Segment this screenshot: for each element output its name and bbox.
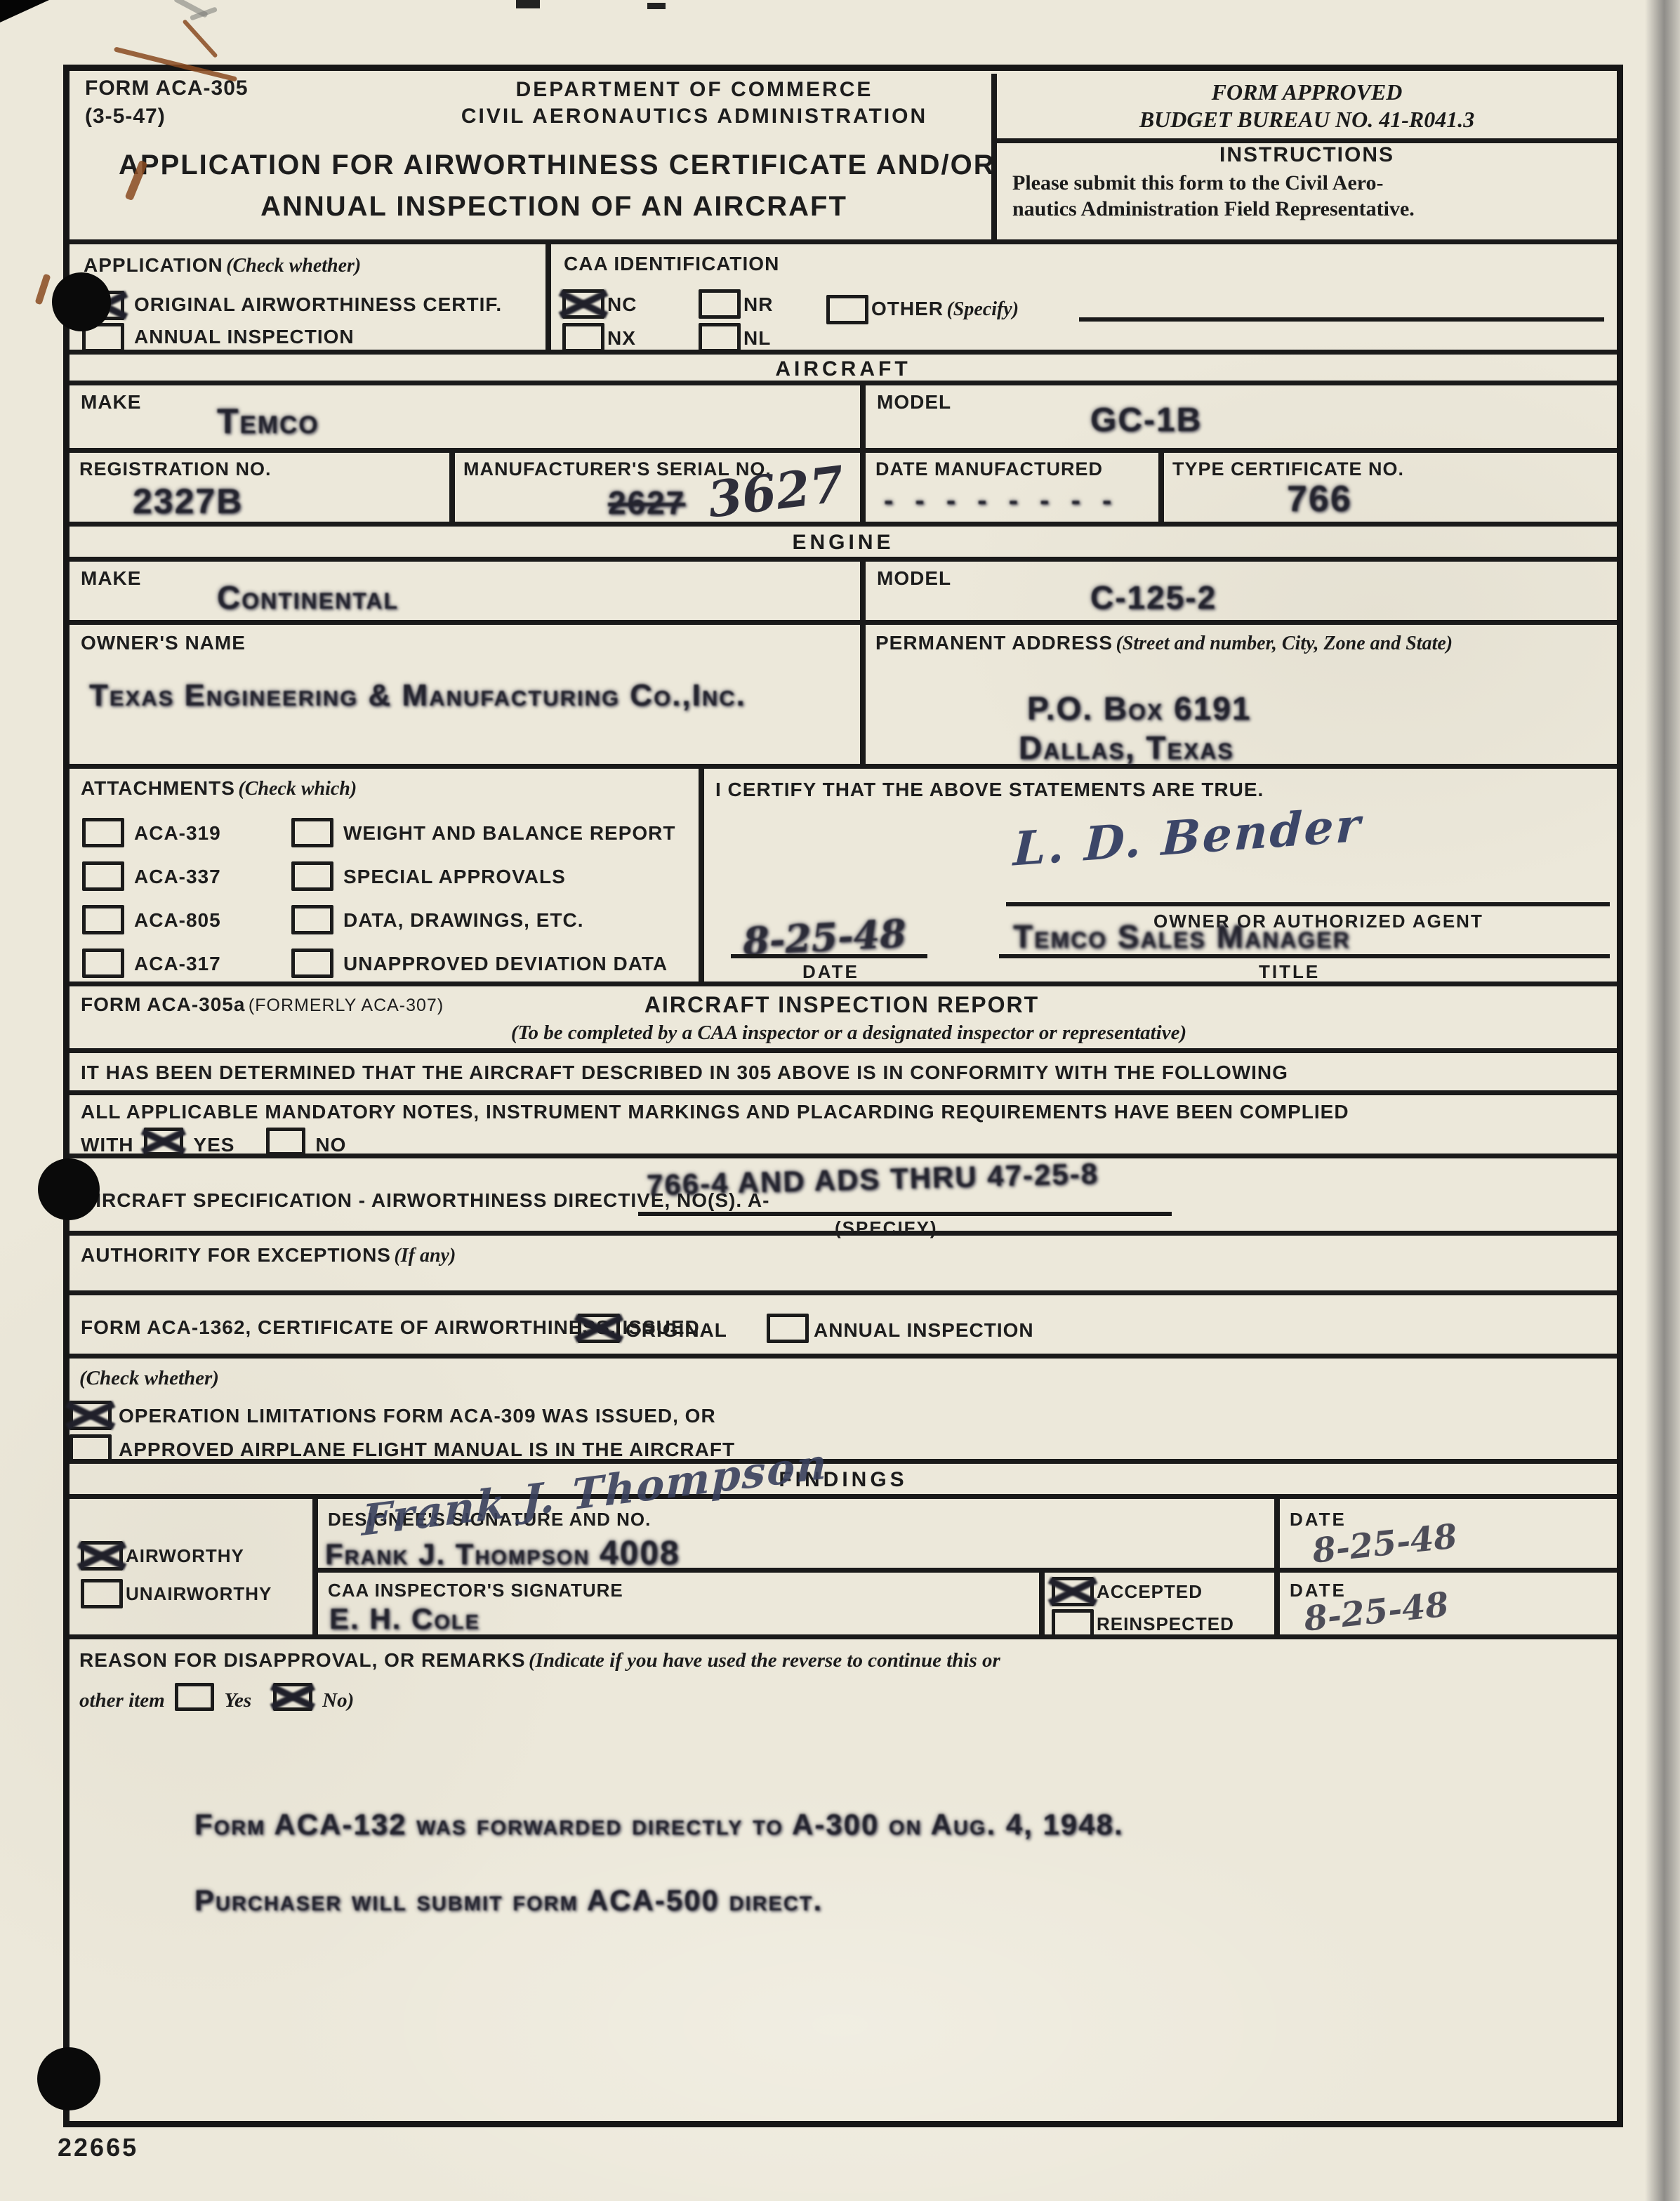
specification-value: 766-4 AND ADS THRU 47-25-8 — [646, 1157, 1099, 1203]
operation-limitations-label: OPERATION LIMITATIONS FORM ACA-309 WAS I… — [119, 1405, 716, 1427]
attachments-label-note: (Check which) — [238, 778, 357, 800]
remarks-label-line1: REASON FOR DISAPPROVAL, OR REMARKS (Indi… — [79, 1649, 1000, 1672]
aca-337-label: ACA-337 — [134, 866, 221, 888]
checkbox-data-drawings — [291, 905, 333, 934]
inspection-report-header-row: FORM ACA-305a (FORMERLY ACA-307) AIRCRAF… — [70, 986, 1617, 1053]
address-line1: P.O. Box 6191 — [1027, 689, 1251, 727]
attachments-certify-row: ATTACHMENTS (Check which) ACA-319 ACA-33… — [70, 769, 1617, 986]
approval-instructions-box: FORM APPROVED BUDGET BUREAU NO. 41-R041.… — [991, 74, 1617, 239]
checkbox-nx — [562, 323, 604, 352]
engine-model-value: C-125-2 — [1090, 579, 1217, 616]
engine-make-cell: MAKE Continental — [70, 562, 860, 620]
punch-hole — [38, 1158, 100, 1220]
agency-name: DEPARTMENT OF COMMERCE CIVIL AERONAUTICS… — [399, 78, 989, 128]
issued-annual-label: ANNUAL INSPECTION — [814, 1319, 1034, 1342]
certify-cell: I CERTIFY THAT THE ABOVE STATEMENTS ARE … — [699, 769, 1617, 981]
compliance-text: ALL APPLICABLE MANDATORY NOTES, INSTRUME… — [81, 1101, 1349, 1123]
certify-title-line — [999, 954, 1610, 958]
pen-mark — [182, 19, 218, 58]
checkbox-issued-original — [578, 1314, 620, 1343]
accepted-label: ACCEPTED — [1097, 1581, 1203, 1603]
x-mark-icon — [67, 1397, 114, 1434]
with-label: WITH — [81, 1134, 134, 1156]
aircraft-section-title: AIRCRAFT — [70, 355, 1617, 385]
checkbox-unairworthy — [81, 1579, 123, 1608]
application-row: APPLICATION (Check whether) ORIGINAL AIR… — [70, 244, 1617, 355]
other-label-group: OTHER (Specify) — [871, 298, 1019, 321]
nr-label: NR — [743, 293, 773, 316]
checkbox-weight-balance — [291, 818, 333, 847]
application-cell: APPLICATION (Check whether) ORIGINAL AIR… — [70, 244, 545, 350]
checkbox-unapproved-deviation — [291, 949, 333, 978]
address-label: PERMANENT ADDRESS — [875, 632, 1113, 654]
specification-row: AIRCRAFT SPECIFICATION - AIRWORTHINESS D… — [70, 1158, 1617, 1236]
x-mark-icon — [143, 1125, 185, 1158]
checkbox-aca-805 — [82, 905, 124, 934]
engine-section-title: ENGINE — [70, 527, 1617, 562]
certify-title-caption: TITLE — [1259, 961, 1320, 983]
form-approved-line2: BUDGET BUREAU NO. 41-R041.3 — [997, 107, 1617, 133]
form-title-line1: APPLICATION FOR AIRWORTHINESS CERTIFICAT… — [119, 150, 989, 181]
address-note: (Street and number, City, Zone and State… — [1116, 633, 1453, 654]
x-mark-icon — [576, 1310, 622, 1347]
form-title: APPLICATION FOR AIRWORTHINESS CERTIFICAT… — [119, 150, 989, 223]
aca-805-label: ACA-805 — [134, 909, 221, 932]
aca-317-label: ACA-317 — [134, 953, 221, 975]
form-approved-box: FORM APPROVED BUDGET BUREAU NO. 41-R041.… — [997, 74, 1617, 143]
designee-date-label: DATE — [1290, 1509, 1347, 1531]
address-line2: Dallas, Texas — [1019, 729, 1234, 767]
airworthy-cell: AIRWORTHY UNAIRWORTHY — [70, 1499, 312, 1634]
instructions-title: INSTRUCTIONS — [997, 143, 1617, 167]
aircraft-make-cell: MAKE Temco — [70, 385, 860, 448]
caa-identification-label: CAA IDENTIFICATION — [564, 253, 779, 275]
date-manufactured-cell: DATE MANUFACTURED - - - - - - - - — [860, 453, 1158, 522]
checkbox-flight-manual — [70, 1434, 112, 1464]
nl-label: NL — [743, 327, 771, 350]
determination-text: IT HAS BEEN DETERMINED THAT THE AIRCRAFT… — [81, 1062, 1288, 1084]
checkbox-accepted — [1052, 1577, 1094, 1606]
remarks-no-label: No) — [322, 1689, 354, 1712]
other-label: OTHER — [871, 298, 944, 319]
checkbox-remarks-yes — [175, 1683, 214, 1711]
aircraft-model-label: MODEL — [877, 391, 951, 414]
aircraft-model-value: GC-1B — [1090, 401, 1202, 439]
authority-label-group: AUTHORITY FOR EXCEPTIONS (If any) — [81, 1244, 456, 1267]
checkbox-nr — [699, 289, 741, 319]
remarks-label-line2: other item Yes No) — [79, 1683, 354, 1712]
attachments-label: ATTACHMENTS — [81, 777, 235, 799]
caa-identification-cell: CAA IDENTIFICATION NC NR NX NL OTHER (Sp… — [545, 244, 1617, 350]
findings-section-title: FINDINGS — [70, 1464, 1617, 1499]
remarks-section: REASON FOR DISAPPROVAL, OR REMARKS (Indi… — [70, 1639, 1617, 2121]
designee-number: 4008 — [600, 1535, 680, 1572]
issued-original-label: ORIGINAL — [626, 1319, 727, 1342]
type-certificate-cell: TYPE CERTIFICATE NO. 766 — [1158, 453, 1617, 522]
registration-cell: REGISTRATION NO. 2327B — [70, 453, 449, 522]
designee-date-cell: DATE 8-25-48 — [1274, 1499, 1617, 1573]
checkbox-aca-317 — [82, 949, 124, 978]
compliance-yes-no-group: WITH YES NO — [81, 1128, 346, 1156]
checkbox-remarks-no — [273, 1683, 312, 1711]
owner-label: OWNER'S NAME — [81, 632, 246, 654]
other-specify-line — [1079, 317, 1604, 322]
remarks-label: REASON FOR DISAPPROVAL, OR REMARKS — [79, 1649, 526, 1671]
date-manufactured-value: - - - - - - - - — [884, 485, 1118, 517]
serial-cell: MANUFACTURER'S SERIAL NO. 2627 3627 — [449, 453, 860, 522]
form-approved-line1: FORM APPROVED — [997, 79, 1617, 105]
x-mark-icon — [560, 286, 607, 322]
pen-mark — [34, 274, 51, 305]
document-serial-number: 22665 — [58, 2133, 138, 2162]
registration-label: REGISTRATION NO. — [79, 458, 272, 480]
type-certificate-label: TYPE CERTIFICATE NO. — [1172, 458, 1404, 480]
checkbox-operation-limitations — [70, 1401, 112, 1430]
scanned-form-page: 22665 FORM ACA-305 (3-5-47) DEPARTMENT O… — [0, 0, 1680, 2201]
owner-cell: OWNER'S NAME Texas Engineering & Manufac… — [70, 625, 860, 764]
form-aca-305: FORM ACA-305 (3-5-47) DEPARTMENT OF COMM… — [63, 65, 1623, 2127]
header-row: FORM ACA-305 (3-5-47) DEPARTMENT OF COMM… — [70, 71, 1617, 244]
aircraft-make-value: Temco — [217, 401, 319, 442]
compliance-no-label: NO — [315, 1134, 346, 1156]
certify-date-caption: DATE — [802, 961, 859, 983]
engine-make-label: MAKE — [81, 567, 141, 590]
remarks-line1: Form ACA-132 was forwarded directly to A… — [194, 1808, 1124, 1842]
specification-line — [638, 1212, 1172, 1216]
checkbox-nc — [562, 289, 604, 319]
checkbox-compliance-no — [266, 1128, 305, 1156]
x-mark-icon — [79, 1538, 125, 1574]
checkbox-airworthy — [81, 1541, 123, 1571]
x-mark-icon — [272, 1680, 314, 1714]
inspection-form-no: FORM ACA-305a — [81, 993, 245, 1015]
checkbox-special-approvals — [291, 861, 333, 891]
agency-line2: CIVIL AERONAUTICS ADMINISTRATION — [399, 105, 989, 128]
checkbox-compliance-yes — [144, 1128, 183, 1156]
serial-struck-value: 2627 — [608, 484, 685, 522]
form-number: FORM ACA-305 — [85, 77, 249, 100]
checkbox-aca-319 — [82, 818, 124, 847]
checkbox-nl — [699, 323, 741, 352]
attachments-cell: ATTACHMENTS (Check which) ACA-319 ACA-33… — [70, 769, 699, 981]
owner-address-row: OWNER'S NAME Texas Engineering & Manufac… — [70, 625, 1617, 769]
check-whether-row: (Check whether) OPERATION LIMITATIONS FO… — [70, 1359, 1617, 1464]
remarks-note1: (Indicate if you have used the reverse t… — [529, 1649, 1000, 1672]
engine-make-model-row: MAKE Continental MODEL C-125-2 — [70, 562, 1617, 625]
instructions-body-line2: nautics Administration Field Representat… — [1012, 196, 1617, 222]
findings-table: AIRWORTHY UNAIRWORTHY DESIGNEE'S SIGNATU… — [70, 1499, 1617, 1639]
determination-row: IT HAS BEEN DETERMINED THAT THE AIRCRAFT… — [70, 1053, 1617, 1095]
scan-tick-mark — [647, 3, 666, 9]
unairworthy-label: UNAIRWORTHY — [126, 1583, 272, 1605]
data-drawings-label: DATA, DRAWINGS, ETC. — [343, 909, 584, 932]
compliance-row: ALL APPLICABLE MANDATORY NOTES, INSTRUME… — [70, 1095, 1617, 1158]
instructions-box: INSTRUCTIONS Please submit this form to … — [997, 143, 1617, 222]
remarks-line2: Purchaser will submit form ACA-500 direc… — [194, 1884, 823, 1917]
certify-statement: I CERTIFY THAT THE ABOVE STATEMENTS ARE … — [715, 779, 1264, 801]
aircraft-make-model-row: MAKE Temco MODEL GC-1B — [70, 385, 1617, 453]
remarks-note2: other item — [79, 1689, 165, 1712]
inspector-date-cell: DATE 8-25-48 — [1274, 1573, 1617, 1634]
inspection-report-subtitle: (To be completed by a CAA inspector or a… — [245, 1022, 1453, 1045]
owner-value: Texas Engineering & Manufacturing Co.,In… — [89, 678, 746, 713]
application-label: APPLICATION — [84, 254, 223, 276]
certify-date-line — [731, 954, 927, 958]
airworthy-label: AIRWORTHY — [126, 1545, 244, 1567]
inspection-formerly: (FORMERLY ACA-307) — [249, 996, 444, 1015]
nx-label: NX — [607, 327, 636, 350]
accepted-cell: ACCEPTED REINSPECTED — [1039, 1573, 1274, 1634]
aca-1362-row: FORM ACA-1362, CERTIFICATE OF AIRWORTHIN… — [70, 1295, 1617, 1359]
aircraft-model-cell: MODEL GC-1B — [860, 385, 1617, 448]
aca-319-label: ACA-319 — [134, 822, 221, 845]
punch-hole — [52, 272, 111, 331]
application-label-group: APPLICATION (Check whether) — [84, 254, 361, 277]
special-approvals-label: SPECIAL APPROVALS — [343, 866, 566, 888]
aircraft-registration-row: REGISTRATION NO. 2327B MANUFACTURER'S SE… — [70, 453, 1617, 527]
authority-label: AUTHORITY FOR EXCEPTIONS — [81, 1244, 391, 1266]
engine-model-label: MODEL — [877, 567, 951, 590]
other-specify-note: (Specify) — [946, 298, 1019, 320]
instructions-body-line1: Please submit this form to the Civil Aer… — [1012, 170, 1617, 196]
authority-note: (If any) — [394, 1245, 456, 1267]
nc-label: NC — [607, 293, 637, 316]
engine-model-cell: MODEL C-125-2 — [860, 562, 1617, 620]
checkbox-issued-annual — [767, 1314, 809, 1343]
owner-signature-line — [1006, 902, 1610, 906]
attachments-label-group: ATTACHMENTS (Check which) — [81, 777, 357, 800]
form-title-line2: ANNUAL INSPECTION OF AN AIRCRAFT — [119, 191, 989, 223]
inspector-cell: CAA INSPECTOR'S SIGNATURE E. H. Cole — [312, 1573, 1039, 1634]
x-mark-icon — [1050, 1573, 1096, 1610]
inspector-name: E. H. Cole — [329, 1602, 480, 1636]
inspection-form-no-group: FORM ACA-305a (FORMERLY ACA-307) — [81, 993, 444, 1016]
aircraft-make-label: MAKE — [81, 391, 141, 414]
reinspected-label: REINSPECTED — [1097, 1613, 1234, 1635]
check-whether-label: (Check whether) — [79, 1367, 219, 1390]
flight-manual-label: APPROVED AIRPLANE FLIGHT MANUAL IS IN TH… — [119, 1439, 735, 1461]
address-cell: PERMANENT ADDRESS (Street and number, Ci… — [860, 625, 1617, 764]
address-label-group: PERMANENT ADDRESS (Street and number, Ci… — [875, 632, 1592, 655]
authority-exceptions-row: AUTHORITY FOR EXCEPTIONS (If any) — [70, 1236, 1617, 1295]
inspection-report-title: AIRCRAFT INSPECTION REPORT — [561, 992, 1123, 1018]
type-certificate-value: 766 — [1287, 478, 1352, 520]
designee-cell: DESIGNEE'S SIGNATURE AND NO. Frank J. Th… — [312, 1499, 1274, 1573]
checkbox-aca-337 — [82, 861, 124, 891]
engine-make-value: Continental — [217, 579, 399, 616]
date-manufactured-label: DATE MANUFACTURED — [875, 458, 1103, 480]
weight-balance-label: WEIGHT AND BALANCE REPORT — [343, 822, 676, 845]
agency-line1: DEPARTMENT OF COMMERCE — [399, 78, 989, 102]
original-airworthiness-label: ORIGINAL AIRWORTHINESS CERTIF. — [134, 293, 502, 316]
checkbox-other — [826, 295, 868, 324]
owner-signature: L. D. Bender — [1012, 797, 1363, 876]
checkbox-reinspected — [1052, 1609, 1094, 1639]
remarks-yes-label: Yes — [225, 1689, 252, 1712]
inspector-label: CAA INSPECTOR'S SIGNATURE — [328, 1580, 623, 1601]
registration-value: 2327B — [133, 481, 243, 522]
scan-tick-mark — [516, 0, 540, 8]
form-revision-date: (3-5-47) — [85, 105, 166, 128]
instructions-body: Please submit this form to the Civil Aer… — [1012, 170, 1617, 222]
punch-hole — [37, 2047, 100, 2110]
scan-corner-artifact — [0, 0, 49, 22]
application-label-note: (Check whether) — [226, 255, 361, 277]
compliance-yes-label: YES — [193, 1134, 234, 1156]
scan-edge-shadow — [1645, 0, 1680, 2201]
annual-inspection-label: ANNUAL INSPECTION — [134, 326, 355, 348]
certify-title-value: Temco Sales Manager — [1013, 918, 1351, 956]
unapproved-deviation-label: UNAPPROVED DEVIATION DATA — [343, 953, 668, 975]
